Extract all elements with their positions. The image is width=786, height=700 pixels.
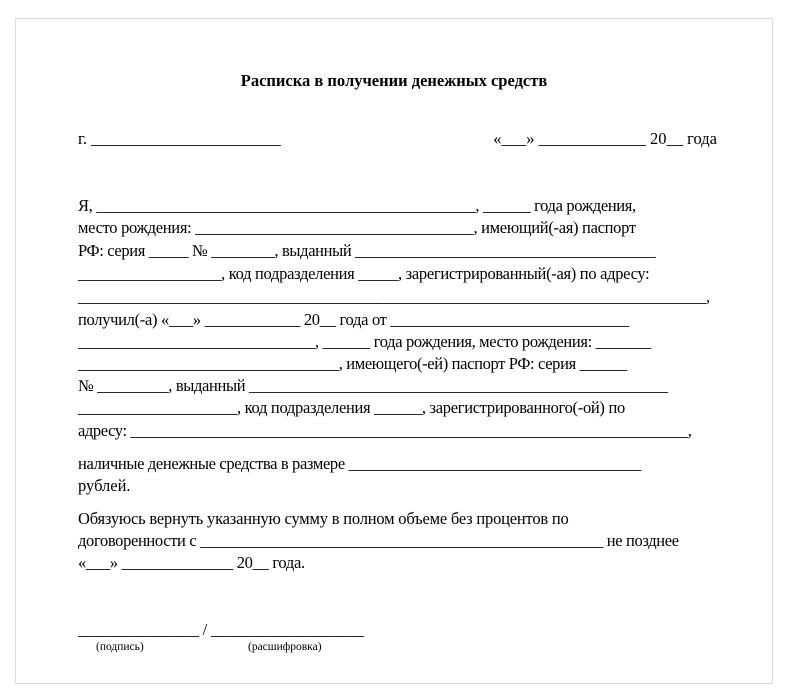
city-field: г. _______________________ — [78, 129, 281, 149]
transcript-caption: (расшифровка) — [248, 641, 322, 653]
document-title: Расписка в получении денежных средств — [16, 71, 772, 91]
obligation-line-2: договоренности с _______________________… — [78, 531, 679, 551]
document-page: Расписка в получении денежных средств г.… — [15, 18, 773, 684]
body-line-4: __________________, код подразделения __… — [78, 264, 649, 284]
body-line-11: адресу: ________________________________… — [78, 421, 691, 441]
body-line-5: ________________________________________… — [78, 287, 710, 307]
body-line-8: _________________________________, имеющ… — [78, 354, 627, 374]
amount-line-1: наличные денежные средства в размере ___… — [78, 454, 641, 474]
body-line-6: получил(-а) «___» ____________ 20__ года… — [78, 310, 629, 330]
body-line-10: ____________________, код подразделения … — [78, 398, 625, 418]
date-field: «___» _____________ 20__ года — [493, 129, 717, 149]
amount-line-2: рублей. — [78, 476, 131, 496]
body-line-3: РФ: серия _____ № ________, выданный ___… — [78, 241, 655, 261]
signature-line: _______________ / ___________________ — [78, 620, 364, 640]
body-line-9: № _________, выданный __________________… — [78, 376, 668, 396]
body-line-1: Я, _____________________________________… — [78, 196, 636, 216]
signature-caption: (подпись) — [96, 641, 144, 653]
obligation-line-3: «___» ______________ 20__ года. — [78, 553, 305, 573]
obligation-line-1: Обязуюсь вернуть указанную сумму в полно… — [78, 509, 569, 529]
body-line-7: ______________________________, ______ г… — [78, 332, 651, 352]
body-line-2: место рождения: ________________________… — [78, 218, 636, 238]
